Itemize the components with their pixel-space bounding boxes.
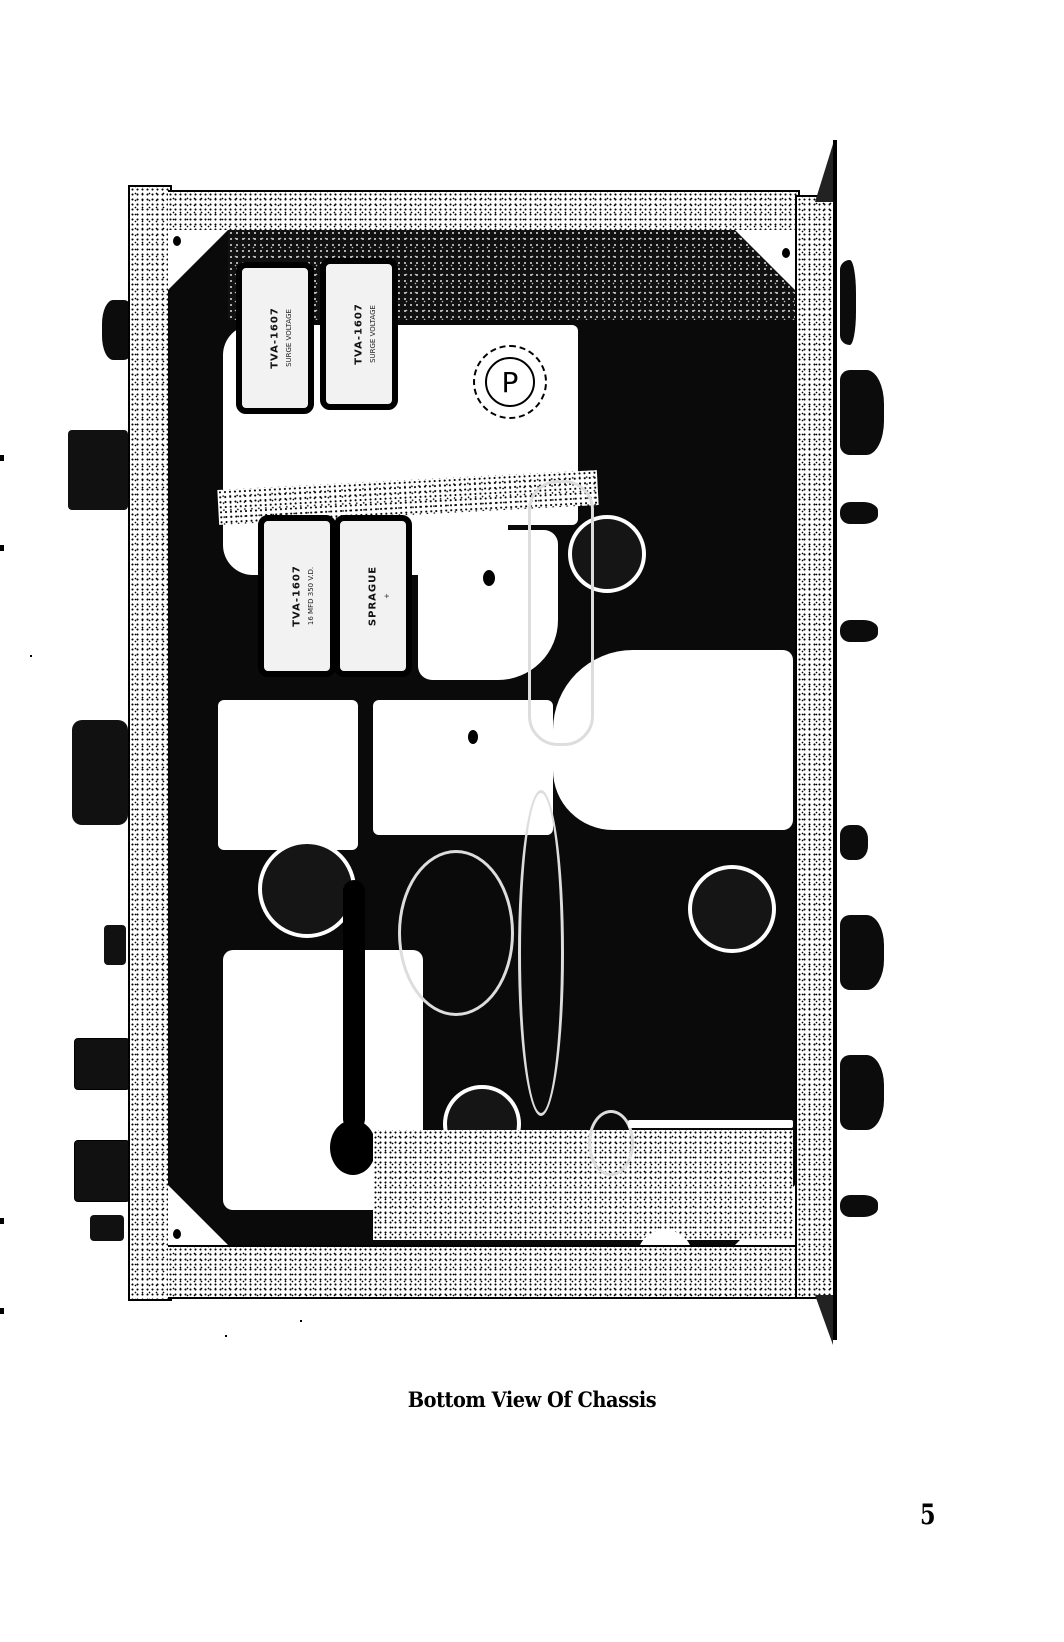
filter-capacitor: TVA-1607 16 MFD 350 V.D. bbox=[258, 515, 336, 677]
chassis-floor bbox=[373, 1130, 793, 1240]
front-knob bbox=[840, 370, 884, 455]
screw-icon bbox=[468, 730, 478, 744]
chassis-top-flange bbox=[168, 190, 800, 234]
capacitor-rating: SURGE VOLTAGE bbox=[369, 305, 377, 363]
screw-icon bbox=[483, 570, 495, 586]
choke-cover bbox=[373, 700, 553, 835]
power-socket bbox=[72, 720, 128, 825]
chassis-photo: P TVA-1607 SURGE VOLTAGE TVA-1607 SURGE … bbox=[60, 130, 900, 1360]
capacitor-model: TVA-1607 bbox=[292, 565, 303, 627]
wire-bundle bbox=[343, 880, 365, 1130]
input-jack bbox=[68, 430, 128, 510]
filter-capacitor: SPRAGUE + bbox=[334, 515, 412, 677]
front-knob bbox=[840, 260, 856, 345]
left-knob bbox=[102, 300, 130, 360]
screw-icon bbox=[173, 236, 181, 246]
wire-loop bbox=[588, 1110, 634, 1176]
fuse-holder bbox=[104, 925, 126, 965]
terminal-strip bbox=[628, 1120, 793, 1128]
front-knob bbox=[840, 915, 884, 990]
manufacturer-logo: P bbox=[473, 345, 547, 419]
chassis-left-flange bbox=[128, 185, 172, 1301]
wire-loop bbox=[398, 850, 514, 1016]
scan-speck bbox=[30, 655, 32, 657]
front-switch bbox=[840, 502, 878, 524]
ground-terminal bbox=[90, 1215, 124, 1241]
rca-jack bbox=[74, 1038, 130, 1090]
front-switch bbox=[840, 1195, 878, 1217]
figure-caption: Bottom View Of Chassis bbox=[43, 1387, 1022, 1412]
document-page: P TVA-1607 SURGE VOLTAGE TVA-1607 SURGE … bbox=[0, 0, 1064, 1642]
front-knob bbox=[840, 825, 868, 860]
capacitor-model: SPRAGUE bbox=[368, 566, 379, 626]
capacitor-rating: 16 MFD 350 V.D. bbox=[307, 567, 315, 625]
capacitor-rating: SURGE VOLTAGE bbox=[285, 309, 293, 367]
chassis-interior: P TVA-1607 SURGE VOLTAGE TVA-1607 SURGE … bbox=[168, 230, 795, 1245]
chassis-bottom-flange bbox=[168, 1245, 800, 1299]
wire-loop bbox=[518, 790, 564, 1116]
front-panel-edge bbox=[833, 140, 837, 1340]
front-panel-bracket bbox=[815, 1295, 833, 1345]
scan-speck bbox=[0, 1218, 4, 1224]
filter-capacitor: TVA-1607 SURGE VOLTAGE bbox=[236, 262, 314, 414]
logo-letter: P bbox=[485, 357, 535, 407]
screw-icon bbox=[782, 248, 790, 258]
capacitor-rating: + bbox=[383, 593, 391, 599]
front-switch bbox=[840, 620, 878, 642]
screw-icon bbox=[173, 1229, 181, 1239]
filter-capacitor: TVA-1607 SURGE VOLTAGE bbox=[320, 258, 398, 410]
chassis-right-flange bbox=[795, 195, 835, 1299]
tube-socket bbox=[258, 840, 356, 938]
page-number: 5 bbox=[920, 1498, 936, 1531]
capacitor-model: TVA-1607 bbox=[270, 307, 281, 369]
front-knob bbox=[840, 1055, 884, 1130]
rca-jack bbox=[74, 1140, 130, 1202]
scan-speck bbox=[0, 455, 4, 461]
scan-speck bbox=[0, 1308, 4, 1314]
front-panel-bracket bbox=[815, 144, 833, 202]
capacitor-model: TVA-1607 bbox=[354, 303, 365, 365]
wire-loop bbox=[528, 480, 594, 746]
tube-socket bbox=[688, 865, 776, 953]
choke bbox=[218, 700, 358, 850]
wire-bundle-end bbox=[330, 1120, 376, 1175]
scan-speck bbox=[0, 545, 4, 551]
